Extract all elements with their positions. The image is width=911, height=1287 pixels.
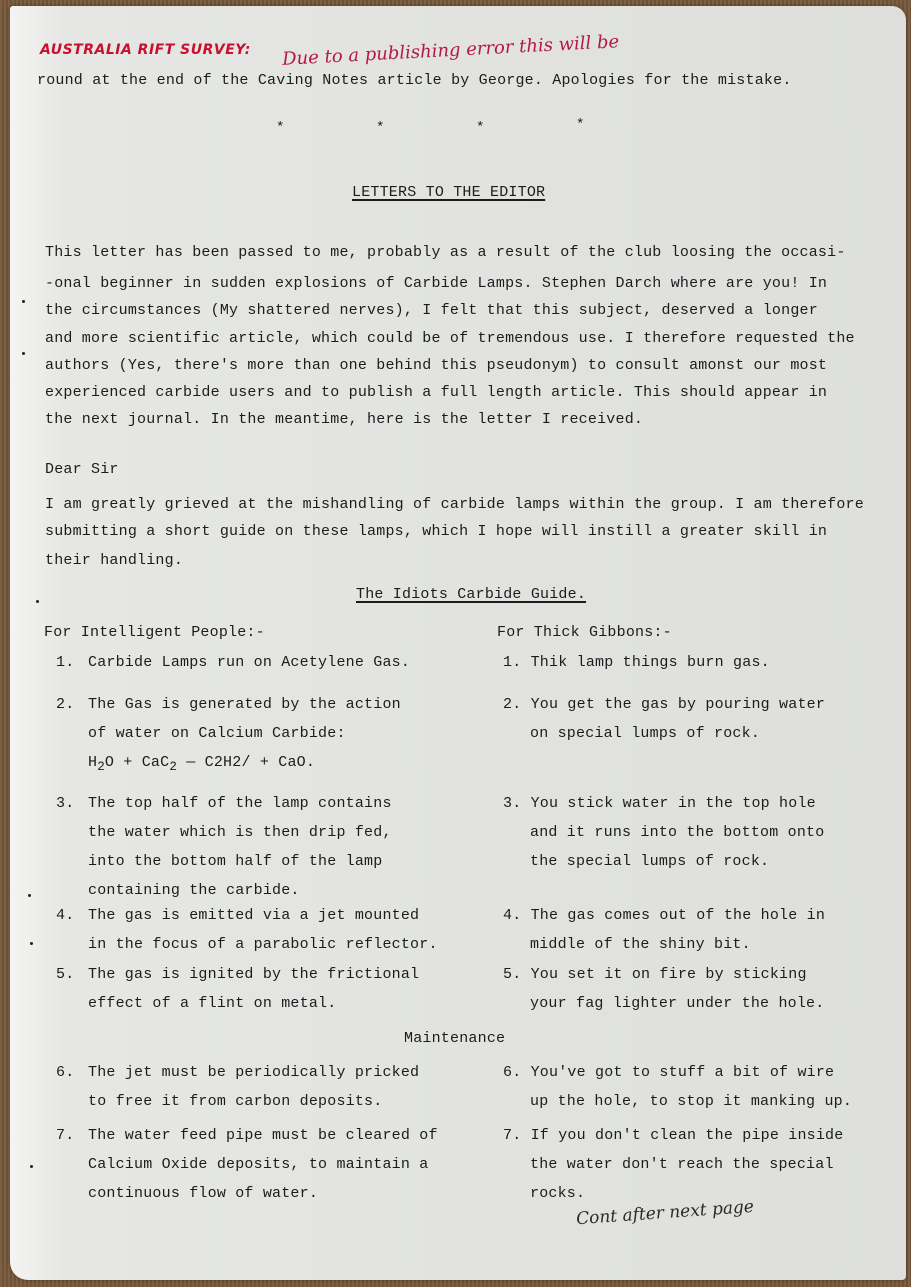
letters-heading: LETTERS TO THE EDITOR <box>352 185 545 200</box>
paper-speck <box>30 1165 33 1168</box>
guide-item-left: 6.The jet must be periodically pricked <box>56 1065 419 1080</box>
letter-line: submitting a short guide on these lamps,… <box>45 524 827 539</box>
guide-item-left: 4.The gas is emitted via a jet mounted <box>56 908 419 923</box>
item-number: 6. <box>56 1065 88 1080</box>
separator-star: * <box>576 117 584 133</box>
separator-star: * <box>376 120 384 136</box>
intro-line: authors (Yes, there's more than one behi… <box>45 358 827 373</box>
guide-item-right-cont: your fag lighter under the hole. <box>530 996 824 1011</box>
item-number: 1. <box>56 655 88 670</box>
guide-item-right: 3. You stick water in the top hole <box>503 796 816 811</box>
guide-item-right-cont: rocks. <box>530 1186 585 1201</box>
guide-item-left-cont: into the bottom half of the lamp <box>88 854 382 869</box>
intro-line: -onal beginner in sudden explosions of C… <box>45 276 827 291</box>
guide-item-right-cont: middle of the shiny bit. <box>530 937 751 952</box>
maintenance-heading: Maintenance <box>404 1031 505 1046</box>
guide-item-right-cont: on special lumps of rock. <box>530 726 760 741</box>
guide-item-right-cont: the water don't reach the special <box>530 1157 834 1172</box>
guide-item-left-cont: effect of a flint on metal. <box>88 996 336 1011</box>
guide-item-left-cont: the water which is then drip fed, <box>88 825 392 840</box>
guide-item-left: 5.The gas is ignited by the frictional <box>56 967 419 982</box>
guide-item-left: 1.Carbide Lamps run on Acetylene Gas. <box>56 655 410 670</box>
item-number: 2. <box>56 697 88 712</box>
intro-line: This letter has been passed to me, proba… <box>45 245 846 260</box>
guide-title: The Idiots Carbide Guide. <box>356 587 586 602</box>
guide-item-right-cont: the special lumps of rock. <box>530 854 769 869</box>
item-number: 5. <box>56 967 88 982</box>
intro-line: the circumstances (My shattered nerves),… <box>45 303 818 318</box>
paper-speck <box>36 600 39 603</box>
guide-item-left-cont: to free it from carbon deposits. <box>88 1094 382 1109</box>
right-column-heading: For Thick Gibbons:- <box>497 625 672 640</box>
guide-item-left-cont: Calcium Oxide deposits, to maintain a <box>88 1157 428 1172</box>
guide-item-right-cont: up the hole, to stop it manking up. <box>530 1094 852 1109</box>
chemical-formula: H2O + CaC2 — C2H2/ + CaO. <box>88 755 315 774</box>
guide-item-right: 2. You get the gas by pouring water <box>503 697 825 712</box>
guide-item-left-cont: containing the carbide. <box>88 883 300 898</box>
letter-line: their handling. <box>45 553 183 568</box>
guide-item-left: 2.The Gas is generated by the action <box>56 697 401 712</box>
intro-line: the next journal. In the meantime, here … <box>45 412 643 427</box>
paper-speck <box>22 352 25 355</box>
guide-item-left-cont: in the focus of a parabolic reflector. <box>88 937 438 952</box>
guide-item-right: 5. You set it on fire by sticking <box>503 967 807 982</box>
annotation-continuation: round at the end of the Caving Notes art… <box>37 73 792 88</box>
guide-item-right-cont: and it runs into the bottom onto <box>530 825 824 840</box>
guide-item-left: 7.The water feed pipe must be cleared of <box>56 1128 438 1143</box>
annotation-label: AUSTRALIA RIFT SURVEY: <box>40 42 251 58</box>
guide-item-left-cont: of water on Calcium Carbide: <box>88 726 346 741</box>
guide-item-right: 4. The gas comes out of the hole in <box>503 908 825 923</box>
item-number: 7. <box>56 1128 88 1143</box>
guide-item-left: 3.The top half of the lamp contains <box>56 796 392 811</box>
letter-line: I am greatly grieved at the mishandling … <box>45 497 864 512</box>
paper-speck <box>28 894 31 897</box>
left-column-heading: For Intelligent People:- <box>44 625 265 640</box>
paper-speck <box>22 300 25 303</box>
guide-item-right: 6. You've got to stuff a bit of wire <box>503 1065 834 1080</box>
intro-line: and more scientific article, which could… <box>45 331 855 346</box>
guide-item-left-cont: continuous flow of water. <box>88 1186 318 1201</box>
item-number: 4. <box>56 908 88 923</box>
paper-speck <box>30 942 33 945</box>
salutation: Dear Sir <box>45 462 119 477</box>
separator-star: * <box>476 120 484 136</box>
item-number: 3. <box>56 796 88 811</box>
separator-star: * <box>276 120 284 136</box>
intro-line: experienced carbide users and to publish… <box>45 385 827 400</box>
guide-item-right: 7. If you don't clean the pipe inside <box>503 1128 843 1143</box>
guide-item-right: 1. Thik lamp things burn gas. <box>503 655 770 670</box>
